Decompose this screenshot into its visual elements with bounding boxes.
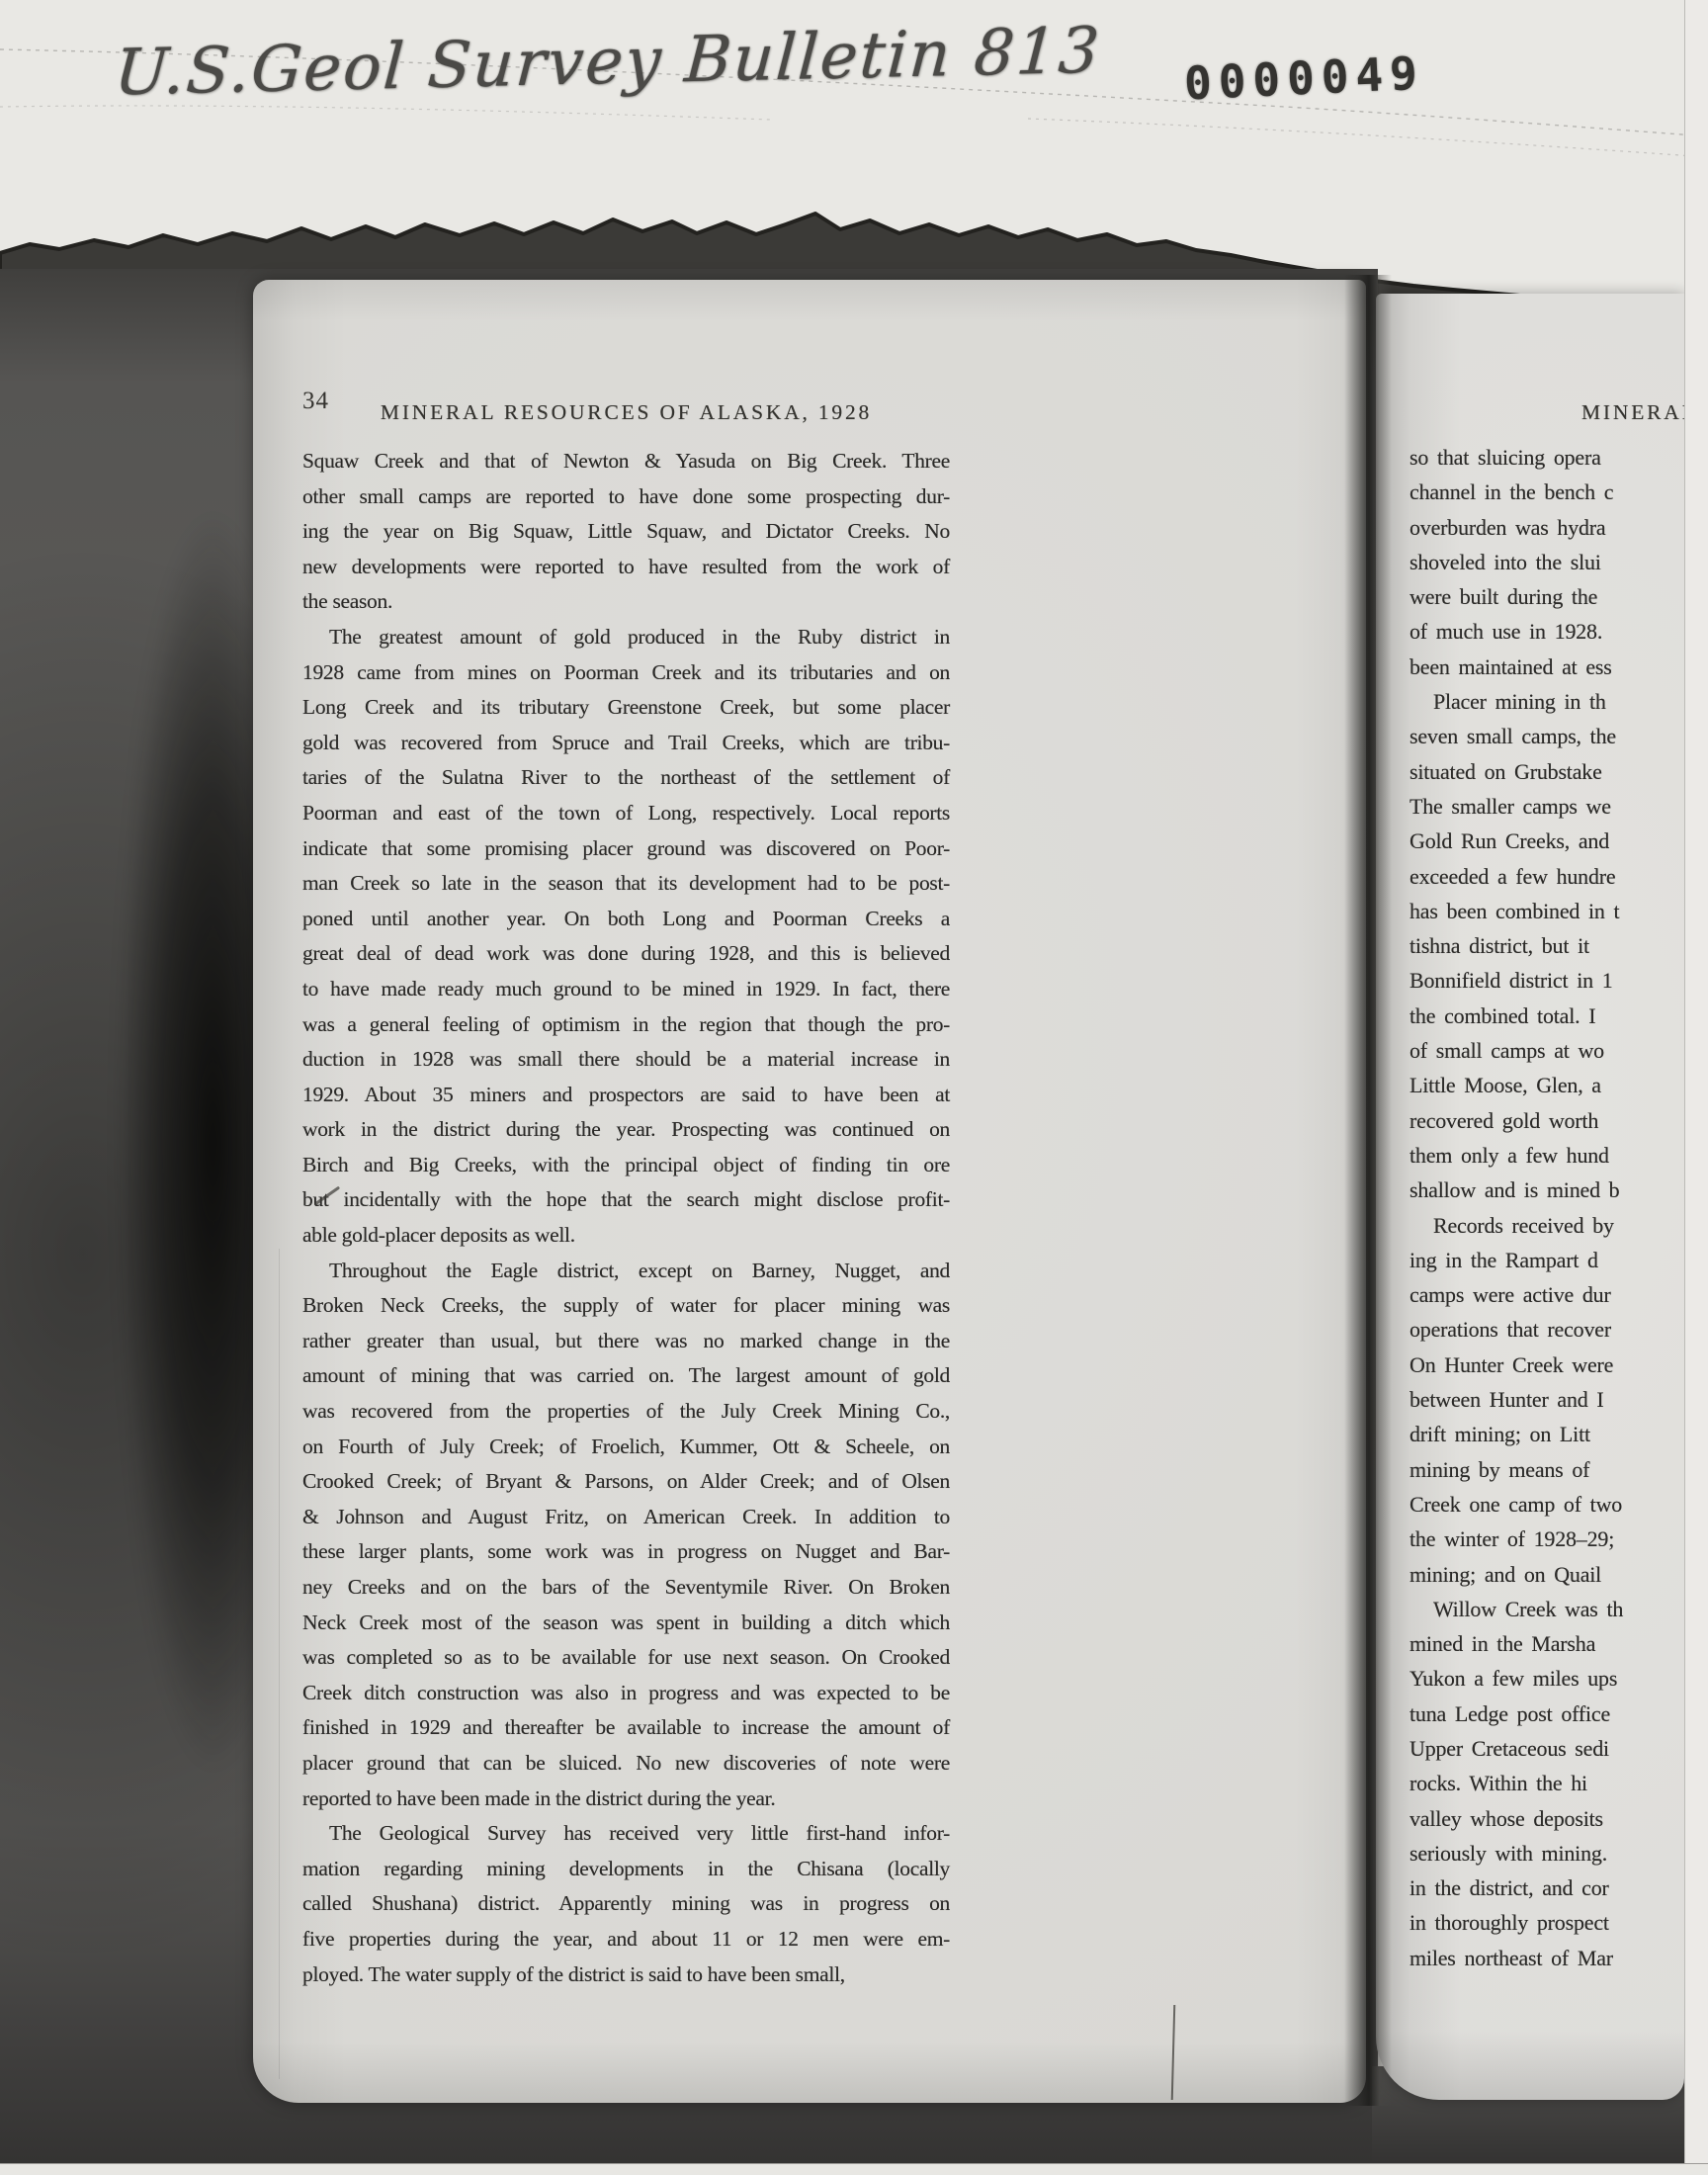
page-crease — [279, 1249, 280, 2079]
text-line-fragment: the winter of 1928–29; — [1409, 1522, 1684, 1556]
paragraph: The Geological Survey has received very … — [302, 1816, 950, 1992]
text-line-fragment: were built during the — [1409, 579, 1684, 614]
text-line: gold was recovered from Spruce and Trail… — [302, 726, 950, 761]
text-line-fragment: mining by means of — [1409, 1452, 1684, 1487]
text-line: these larger plants, some work was in pr… — [302, 1534, 950, 1570]
text-line-fragment: has been combined in t — [1409, 894, 1684, 928]
right-page-running-head: MINERAI — [1581, 400, 1684, 425]
text-line-fragment: rocks. Within the hi — [1409, 1766, 1684, 1800]
text-line-fragment: between Hunter and I — [1409, 1382, 1684, 1417]
text-line: ing the year on Big Squaw, Little Squaw,… — [302, 514, 950, 550]
running-head: MINERAL RESOURCES OF ALASKA, 1928 — [302, 400, 950, 425]
text-line-fragment: On Hunter Creek were — [1409, 1348, 1684, 1382]
text-line-fragment: in thoroughly prospect — [1409, 1905, 1684, 1940]
text-line: the season. — [302, 584, 950, 620]
paragraph: Throughout the Eagle district, except on… — [302, 1254, 950, 1817]
text-line: on Fourth of July Creek; of Froelich, Ku… — [302, 1430, 950, 1465]
text-line-fragment: Yukon a few miles ups — [1409, 1661, 1684, 1696]
text-line: The Geological Survey has received very … — [302, 1816, 950, 1852]
text-line: 1928 came from mines on Poorman Creek an… — [302, 655, 950, 691]
text-line-fragment: Creek one camp of two — [1409, 1487, 1684, 1522]
text-line-fragment: Little Moose, Glen, a — [1409, 1068, 1684, 1102]
text-line: was a general feeling of optimism in the… — [302, 1007, 950, 1043]
text-line: The greatest amount of gold produced in … — [302, 620, 950, 655]
bottom-edge-strip — [0, 2163, 1708, 2175]
text-line: ployed. The water supply of the district… — [302, 1957, 950, 1993]
text-line-fragment: camps were active dur — [1409, 1277, 1684, 1312]
text-line-fragment: shoveled into the slui — [1409, 545, 1684, 579]
text-line: great deal of dead work was done during … — [302, 936, 950, 972]
text-line: Neck Creek most of the season was spent … — [302, 1606, 950, 1641]
text-line-fragment: Records received by — [1409, 1208, 1684, 1243]
text-line: ney Creeks and on the bars of the Sevent… — [302, 1570, 950, 1606]
text-line: finished in 1929 and thereafter be avail… — [302, 1710, 950, 1746]
text-line-fragment: so that sluicing opera — [1409, 440, 1684, 475]
text-line-fragment: them only a few hund — [1409, 1138, 1684, 1173]
text-line-fragment: seven small camps, the — [1409, 719, 1684, 753]
text-line: 1929. About 35 miners and prospectors ar… — [302, 1078, 950, 1113]
text-line-fragment: of small camps at wo — [1409, 1033, 1684, 1068]
text-line-fragment: been maintained at ess — [1409, 650, 1684, 684]
text-line: Creek ditch construction was also in pro… — [302, 1676, 950, 1711]
text-line: called Shushana) district. Apparently mi… — [302, 1886, 950, 1922]
text-line-fragment: Gold Run Creeks, and — [1409, 824, 1684, 858]
text-line-fragment: Upper Cretaceous sedi — [1409, 1731, 1684, 1766]
text-line-fragment: drift mining; on Litt — [1409, 1417, 1684, 1451]
text-line: work in the district during the year. Pr… — [302, 1112, 950, 1148]
text-line-fragment: miles northeast of Mar — [1409, 1941, 1684, 1975]
text-line: Crooked Creek; of Bryant & Parsons, on A… — [302, 1464, 950, 1500]
left-page-text: Squaw Creek and that of Newton & Yasuda … — [302, 444, 950, 1992]
gutter-shadow — [1344, 275, 1392, 2106]
text-line: but incidentally with the hope that the … — [302, 1182, 950, 1218]
text-line: five properties during the year, and abo… — [302, 1922, 950, 1957]
text-line: able gold-placer deposits as well. — [302, 1218, 950, 1254]
stamp-number: 0000049 — [1183, 46, 1425, 111]
scan-line — [1028, 119, 1708, 157]
text-line: taries of the Sulatna River to the north… — [302, 760, 950, 796]
text-line-fragment: mined in the Marsha — [1409, 1626, 1684, 1661]
text-line-fragment: The smaller camps we — [1409, 789, 1684, 824]
text-line-fragment: of much use in 1928. — [1409, 614, 1684, 649]
text-line: amount of mining that was carried on. Th… — [302, 1358, 950, 1394]
text-line: indicate that some promising placer grou… — [302, 831, 950, 867]
text-line: & Johnson and August Fritz, on American … — [302, 1500, 950, 1535]
text-line: reported to have been made in the distri… — [302, 1782, 950, 1817]
text-line-fragment: the combined total. I — [1409, 999, 1684, 1033]
text-line-fragment: Willow Creek was th — [1409, 1592, 1684, 1626]
text-line: Squaw Creek and that of Newton & Yasuda … — [302, 444, 950, 479]
text-line: was recovered from the properties of the… — [302, 1394, 950, 1430]
text-line: Poorman and east of the town of Long, re… — [302, 796, 950, 831]
text-line-fragment: tishna district, but it — [1409, 928, 1684, 963]
text-line-fragment: recovered gold worth — [1409, 1103, 1684, 1138]
text-line-fragment: overburden was hydra — [1409, 510, 1684, 545]
text-line-fragment: Placer mining in th — [1409, 684, 1684, 719]
text-line: to have made ready much ground to be min… — [302, 972, 950, 1007]
right-page-text: so that sluicing operachannel in the ben… — [1409, 440, 1684, 1975]
scanned-document: { "annotations": { "handwritten_note": "… — [0, 0, 1708, 2175]
text-line-fragment: operations that recover — [1409, 1312, 1684, 1347]
text-line: Throughout the Eagle district, except on… — [302, 1254, 950, 1289]
text-line: mation regarding mining developments in … — [302, 1852, 950, 1887]
text-line-fragment: situated on Grubstake — [1409, 754, 1684, 789]
text-line: was completed so as to be available for … — [302, 1640, 950, 1676]
text-line: duction in 1928 was small there should b… — [302, 1042, 950, 1078]
text-line-fragment: shallow and is mined b — [1409, 1173, 1684, 1207]
text-line-fragment: seriously with mining. — [1409, 1836, 1684, 1870]
text-line-fragment: ing in the Rampart d — [1409, 1243, 1684, 1277]
text-line: man Creek so late in the season that its… — [302, 866, 950, 902]
text-line-fragment: Bonnifield district in 1 — [1409, 963, 1684, 998]
right-edge-strip — [1684, 0, 1708, 2175]
paragraph: The greatest amount of gold produced in … — [302, 620, 950, 1254]
text-line: new developments were reported to have r… — [302, 550, 950, 585]
text-line: Birch and Big Creeks, with the principal… — [302, 1148, 950, 1183]
text-line: placer ground that can be sluiced. No ne… — [302, 1746, 950, 1782]
text-line: Broken Neck Creeks, the supply of water … — [302, 1288, 950, 1324]
text-line: poned until another year. On both Long a… — [302, 902, 950, 937]
text-line-fragment: in the district, and cor — [1409, 1870, 1684, 1905]
text-line-fragment: tuna Ledge post office — [1409, 1696, 1684, 1731]
text-line-fragment: channel in the bench c — [1409, 475, 1684, 509]
left-page: 34 MINERAL RESOURCES OF ALASKA, 1928 Squ… — [253, 280, 1366, 2103]
paragraph: Squaw Creek and that of Newton & Yasuda … — [302, 444, 950, 620]
right-page: MINERAI so that sluicing operachannel in… — [1376, 294, 1684, 2100]
text-line: rather greater than usual, but there was… — [302, 1324, 950, 1359]
text-line: Long Creek and its tributary Greenstone … — [302, 690, 950, 726]
text-line-fragment: valley whose deposits — [1409, 1801, 1684, 1836]
text-line-fragment: exceeded a few hundre — [1409, 859, 1684, 894]
text-line: other small camps are reported to have d… — [302, 479, 950, 515]
text-line-fragment: mining; and on Quail — [1409, 1557, 1684, 1592]
